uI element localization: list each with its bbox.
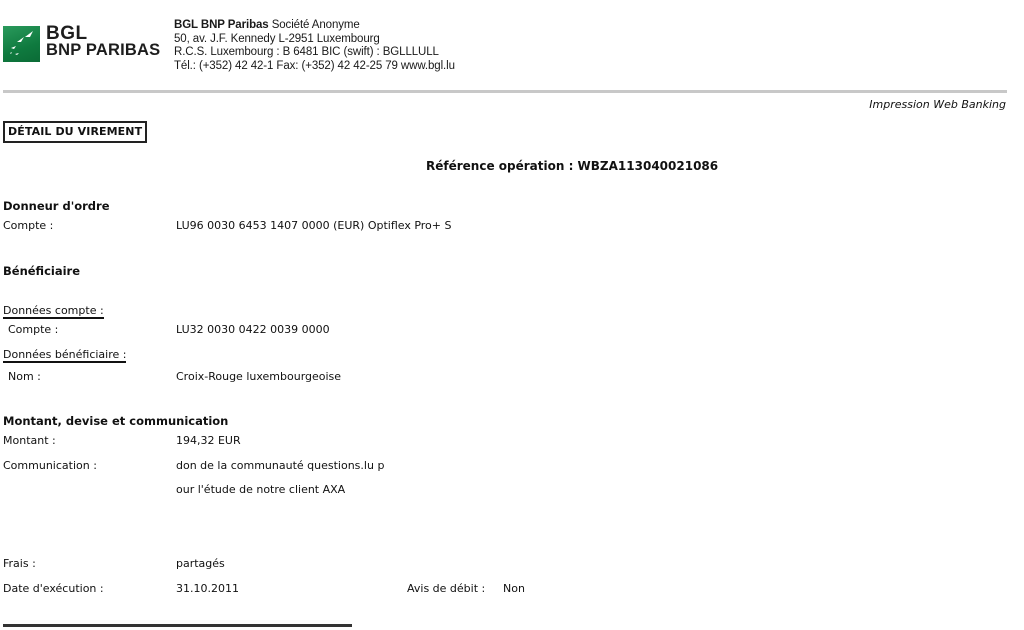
page-title: DÉTAIL DU VIREMENT xyxy=(3,121,147,143)
communication-label: Communication : xyxy=(3,459,97,472)
operation-reference: Référence opération : WBZA113040021086 xyxy=(426,159,718,173)
company-address: 50, av. J.F. Kennedy L-2951 Luxembourg xyxy=(174,33,455,47)
bnp-birds-logo-icon xyxy=(3,26,40,62)
section-title-donneur: Donneur d'ordre xyxy=(3,199,110,213)
birds-icon xyxy=(3,26,40,62)
company-rcs: R.C.S. Luxembourg : B 6481 BIC (swift) :… xyxy=(174,46,455,60)
execution-date-label: Date d'exécution : xyxy=(3,582,104,595)
logo-line-2: BNP PARIBAS xyxy=(46,42,160,59)
communication-line-2: our l'étude de notre client AXA xyxy=(176,483,345,496)
header-divider xyxy=(3,90,1007,93)
amount-value: 194,32 EUR xyxy=(176,434,241,447)
amount-label: Montant : xyxy=(3,434,56,447)
communication-line-1: don de la communauté questions.lu p xyxy=(176,459,384,472)
section-title-montant: Montant, devise et communication xyxy=(3,414,228,428)
beneficiary-account-label: Compte : xyxy=(8,323,58,336)
beneficiary-name-label: Nom : xyxy=(8,370,41,383)
logo-line-1: BGL xyxy=(46,25,160,42)
company-contact: Tél.: (+352) 42 42-1 Fax: (+352) 42 42-2… xyxy=(174,60,455,74)
fees-value: partagés xyxy=(176,557,225,570)
company-name-bold: BGL BNP Paribas xyxy=(174,19,269,31)
donneur-account-label: Compte : xyxy=(3,219,53,232)
fees-label: Frais : xyxy=(3,557,36,570)
beneficiary-account-value: LU32 0030 0422 0039 0000 xyxy=(176,323,330,336)
debit-notice-label: Avis de débit : xyxy=(407,582,485,595)
print-label: Impression Web Banking xyxy=(869,98,1006,111)
company-info: BGL BNP Paribas Société Anonyme 50, av. … xyxy=(174,19,455,73)
company-name: BGL BNP Paribas Société Anonyme xyxy=(174,19,455,33)
footer-divider xyxy=(3,624,352,627)
execution-date-value: 31.10.2011 xyxy=(176,582,239,595)
section-title-beneficiaire: Bénéficiaire xyxy=(3,264,80,278)
beneficiary-data-subtitle: Données bénéficiaire : xyxy=(3,348,126,363)
brand-logo-text: BGL BNP PARIBAS xyxy=(46,25,160,59)
beneficiary-name-value: Croix-Rouge luxembourgeoise xyxy=(176,370,341,383)
account-data-subtitle: Données compte : xyxy=(3,304,104,319)
debit-notice-value: Non xyxy=(503,582,525,595)
donneur-account-value: LU96 0030 6453 1407 0000 (EUR) Optiflex … xyxy=(176,219,451,232)
company-name-rest: Société Anonyme xyxy=(269,19,360,31)
